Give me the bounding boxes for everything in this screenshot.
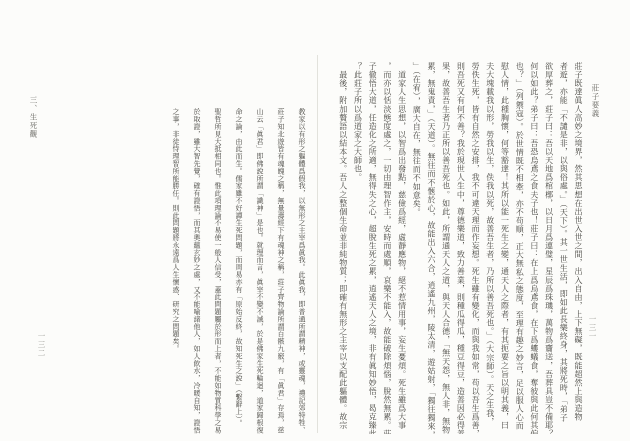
text-column: ，而亦以恬淡態度處之，一切由理智作主，安時而處順，哀樂不能入，故能破除煩惱，脫然… [379, 62, 394, 434]
text-column: 道家人生思想，以智爲出發點，慈儉爲經，虛靜應物，絕不惹情用事，妄生憂煩。死生雖爲… [394, 62, 409, 434]
text-column: 山云「眞君」即佛說所謂「識神」是也。就理而言，眞宰不變不滅，於是佛家生死輪迴，道… [249, 108, 270, 436]
text-column: 者遊，亦能「不譴是非，以與俗處。」（天下）。其一世生活，即如此長樂終身，其將死時… [556, 62, 571, 434]
text-column: 則吾死又有何不善？我於現世人生中，尊德樂道，致力善業，則種瓜得瓜，種豆得豆，造善… [453, 62, 468, 434]
text-column: 於取證，雖大智先覺，確有證悟，而其奧蘊玄妙之處，又不能喻諸他人，如人飲水，冷暖自… [186, 108, 207, 436]
text-column: 教家以有形之軀體爲假我，以無形之主宰爲眞我。此眞我，即普通所謂精神，或靈魂，禮記… [291, 108, 312, 436]
text-column: 欲厚葬之，莊子曰：吾以天地爲棺槨，以日月爲連璧，星辰爲珠璣，萬物爲齎送，吾葬具豈… [541, 62, 556, 434]
left-page-text-block: 教家以有形之軀體爲假我，以無形之主宰爲眞我。此眞我，即普通所謂精神，或靈魂，禮記… [162, 108, 312, 436]
right-page-number: 一三一 [587, 315, 597, 365]
text-column: ？此莊子所以爲道家之大師也。 [350, 62, 365, 434]
text-column: 果，故善吾生者乃正所以善吾死也。如此，所謂通天人之道，與天人合德，「無天怨，無人… [438, 62, 453, 434]
text-column: 命之論，由此而生。儒家雖不好譚生死問題，而周易亦有「原始反終，故知死生之說」（繫… [228, 108, 249, 436]
text-column: 」（在宥），廣大自在，無往而不如意矣。 [409, 62, 424, 434]
text-column: 慰人情，此種胸懷，何等豁達！其所以能一死生之變，通天人之際者，有其扼要之旨以明其… [497, 62, 512, 434]
text-column: 之事，非徒恃理智所能勝任。則此問題將永遠爲人生懷惑、研究之問題矣。 [165, 108, 186, 436]
page-fold-line [317, 55, 318, 433]
left-page-section-title: 三、生死觀 [28, 96, 38, 176]
text-column: 勞佚生死，皆有自然之安排，我不可違天理而作妄想。死生雖有變化，而與我如常，苟以吾… [467, 62, 482, 434]
right-page-text-block: 莊子既達眞人高妙之境界，然其思想在出世入世之間，出入自由，上下無礙，既能超然上與… [333, 62, 585, 434]
right-page-running-title: 莊子要義 [590, 84, 600, 144]
book-scan: 莊子要義 一三一 莊子既達眞人高妙之境界，然其思想在出世入世之間，出入自由，上下… [0, 0, 630, 441]
text-column: 子徹悟大道，任造化之所適，無得失之心，超脫生死之累，逍遙天人之境，非有眞知妙悟，… [364, 62, 379, 434]
left-page-number: 一三二 [36, 332, 46, 382]
text-column: 最後，附加贅語以結本文。吾人之整個生命並非純物質；即確有無形之主宰以支配此軀體。… [335, 62, 350, 434]
text-column: 何以如此？弟子曰：吾恐烏鳶之食夫子也！莊子曰：在上爲烏鳶食，在下爲螻蟻食，奪彼與… [526, 62, 541, 434]
text-column: 夫大塊載我以形，勞我以生，佚我以死，故善吾生者，乃所以善吾死也。」（大宗師）。天… [482, 62, 497, 434]
text-column: 莊子既達眞人高妙之境界，然其思想在出世入世之間，出入自由，上下無礙，既能超然上與… [570, 62, 585, 434]
text-column: 累，無鬼責，」（天道）。無往而不愜於心，故能出入六合，逍遙九州，陵太清，遊姑射，… [423, 62, 438, 434]
text-column: 聖哲所見大抵相同也。惟此項理論不易使一般人信受，蓋此問題屬於形而上者，不能如物質… [207, 108, 228, 436]
text-column: 也？」（列禦寇）。於世情既不相牽，亦不苟順，正大無私之態度，至理有趣之妙言，足以… [511, 62, 526, 434]
text-column: 莊子知北遊皆有魂魄之稱，無量壽經下有魂神之稱，莊子齊物論所謂百骸九竅，有「眞君」… [270, 108, 291, 436]
